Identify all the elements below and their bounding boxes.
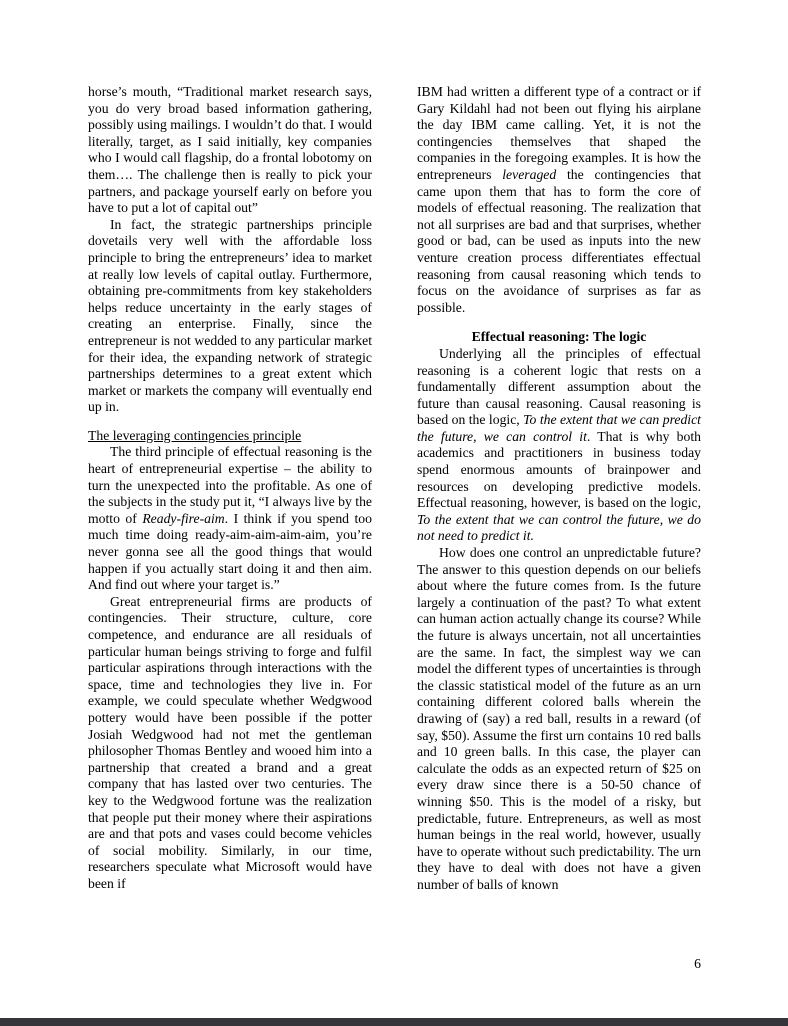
paragraph: Great entrepreneurial firms are products… xyxy=(88,594,372,893)
text-run: In fact, the strategic partnerships prin… xyxy=(88,217,372,415)
text-column-left: horse’s mouth, “Traditional market resea… xyxy=(88,84,372,893)
paragraph: horse’s mouth, “Traditional market resea… xyxy=(88,84,372,217)
text-run: the contingencies that came upon them th… xyxy=(417,167,701,315)
viewer-bottom-bar xyxy=(0,1018,788,1026)
text-run: Great entrepreneurial firms are products… xyxy=(88,594,372,891)
text-column-right: IBM had written a different type of a co… xyxy=(417,84,701,894)
text-run: horse’s mouth, “Traditional market resea… xyxy=(88,84,372,215)
paragraph: IBM had written a different type of a co… xyxy=(417,84,701,316)
paragraph: How does one control an unpredictable fu… xyxy=(417,545,701,893)
document-page: horse’s mouth, “Traditional market resea… xyxy=(0,0,788,1026)
italic-text-run: Ready-fire-aim xyxy=(142,511,224,526)
paragraph: In fact, the strategic partnerships prin… xyxy=(88,217,372,416)
section-heading: Effectual reasoning: The logic xyxy=(417,329,701,346)
paragraph: Underlying all the principles of effectu… xyxy=(417,346,701,545)
text-run: How does one control an unpredictable fu… xyxy=(417,545,701,892)
paragraph: The third principle of effectual reasoni… xyxy=(88,444,372,593)
italic-text-run: To the extent that we can control the fu… xyxy=(417,512,701,544)
page-number: 6 xyxy=(660,956,701,973)
subsection-heading: The leveraging contingencies principle xyxy=(88,428,372,445)
italic-text-run: leveraged xyxy=(502,167,556,182)
